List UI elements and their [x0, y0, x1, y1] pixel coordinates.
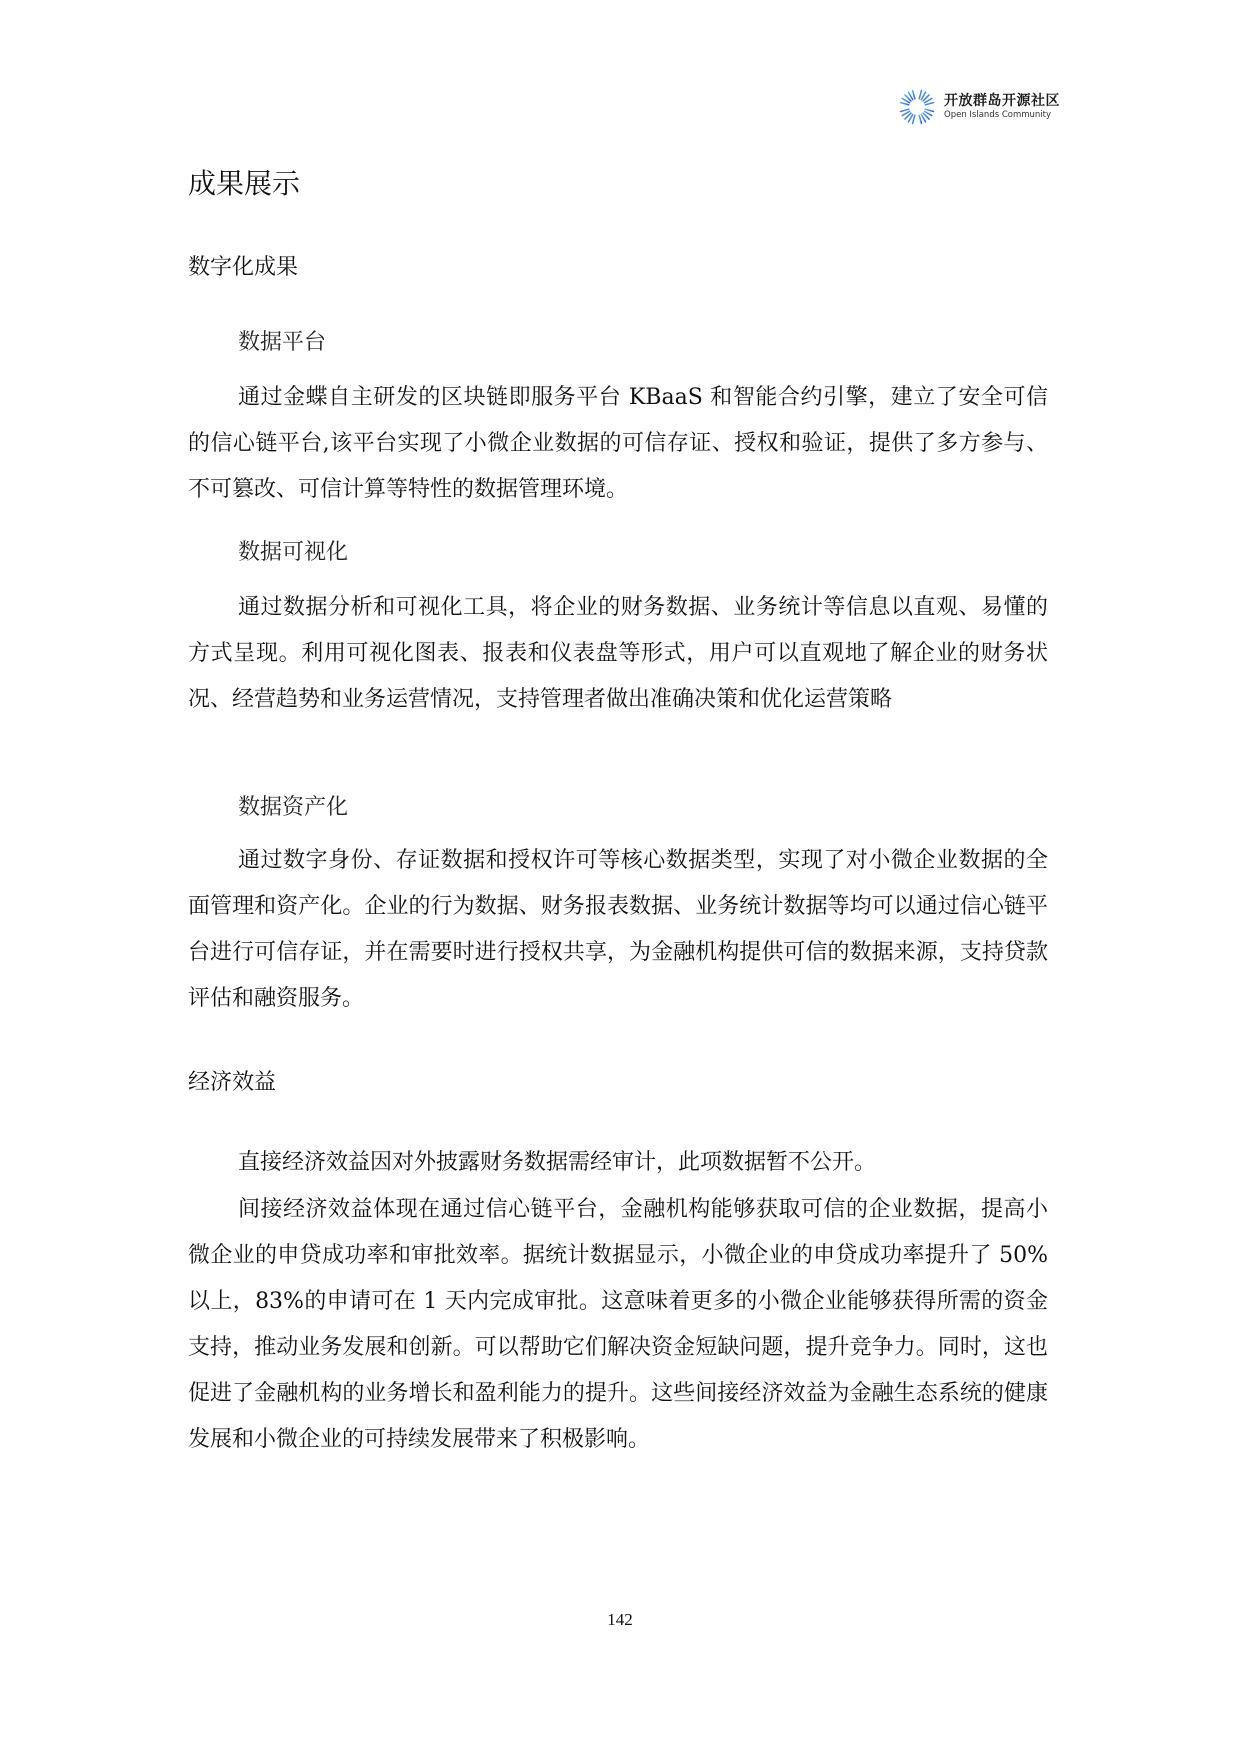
- document-page: 开放群岛开源社区 Open Islands Community 成果展示 数字化…: [0, 0, 1240, 1753]
- page-number: 142: [0, 1610, 1240, 1630]
- page-title: 成果展示: [188, 162, 300, 202]
- community-logo: 开放群岛开源社区 Open Islands Community: [898, 88, 1060, 126]
- logo-name-cn: 开放群岛开源社区: [944, 94, 1060, 108]
- logo-name-en: Open Islands Community: [944, 111, 1060, 120]
- paragraph-data-assetization: 通过数字身份、存证数据和授权许可等核心数据类型，实现了对小微企业数据的全面管理和…: [188, 838, 1048, 1022]
- paragraph-data-platform: 通过金蝶自主研发的区块链即服务平台 KBaaS 和智能合约引擎，建立了安全可信的…: [188, 375, 1048, 513]
- section-heading-economic-benefits: 经济效益: [188, 1065, 276, 1096]
- subsection-heading-data-assetization: 数据资产化: [238, 790, 348, 821]
- paragraph-direct-benefits: 直接经济效益因对外披露财务数据需经审计，此项数据暂不公开。: [188, 1140, 1048, 1186]
- paragraph-data-visualization: 通过数据分析和可视化工具，将企业的财务数据、业务统计等信息以直观、易懂的方式呈现…: [188, 585, 1048, 723]
- subsection-heading-data-visualization: 数据可视化: [238, 535, 348, 566]
- subsection-heading-data-platform: 数据平台: [238, 325, 326, 356]
- sunburst-logo-icon: [898, 88, 936, 126]
- paragraph-indirect-benefits: 间接经济效益体现在通过信心链平台，金融机构能够获取可信的企业数据，提高小微企业的…: [188, 1187, 1048, 1463]
- section-heading-digital-results: 数字化成果: [188, 250, 298, 281]
